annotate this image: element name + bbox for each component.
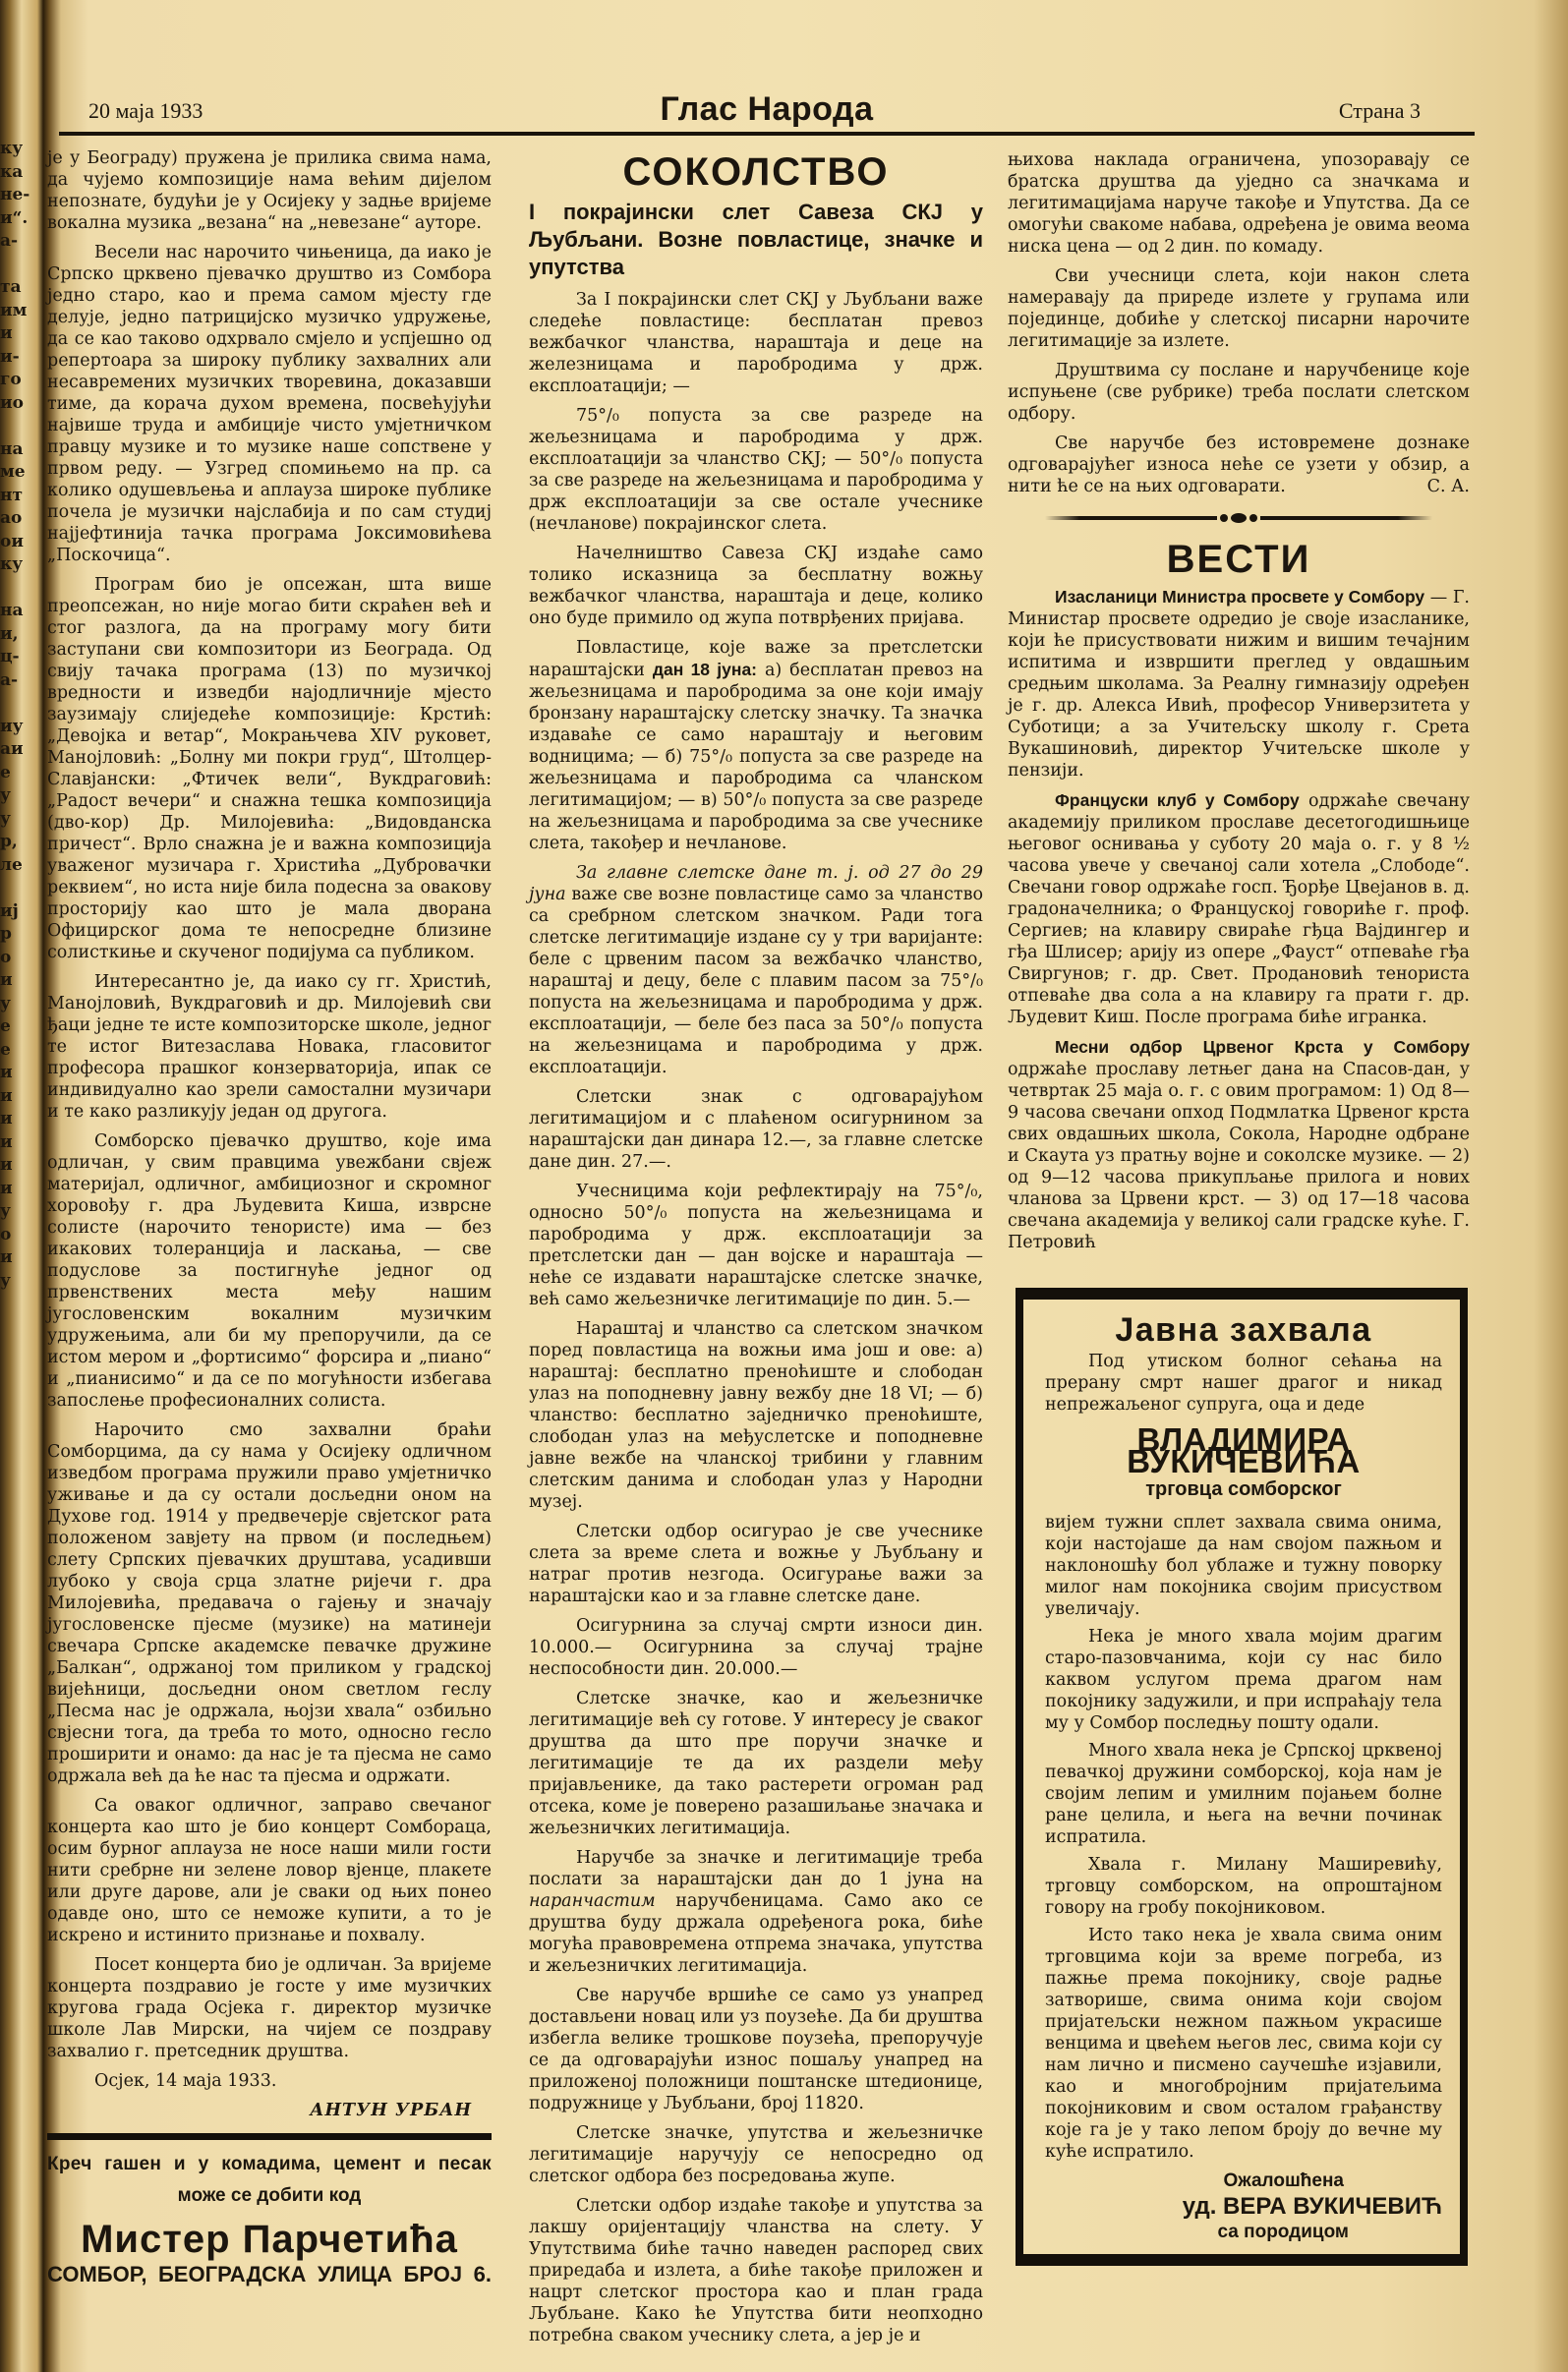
news-text: — Г. Министар просвете одредио је своје …: [1008, 588, 1470, 781]
paragraph: Друштвима су послане и наручбенице које …: [1008, 360, 1470, 425]
article-paragraph: За главне слетске дане т. ј. од 27 до 29…: [529, 862, 983, 1078]
section-title-sokolstvo: СОКОЛСТВО: [529, 149, 983, 195]
paragraph: Нарочито смо захвални браћи Сомборцима, …: [47, 1419, 492, 1787]
paragraph: Слетски одбор осигурао је све учеснике с…: [529, 1521, 983, 1607]
divider-rule: [47, 2133, 492, 2140]
paragraph: Програм био је опсежан, шта више преопсе…: [47, 574, 492, 963]
news-headline: Изасланици Министра просвете у Сомбору: [1055, 587, 1424, 607]
paragraph: Начелништво Савеза СКЈ издаће само толик…: [529, 543, 983, 629]
news-list: Изасланици Министра просвете у Сомбору —…: [1008, 586, 1470, 1253]
paragraph: Све наручбе вршиће се само уз унапред до…: [529, 1985, 983, 2114]
notice-intro: Под утиском болног сећања на прерану смр…: [1045, 1351, 1442, 1416]
deceased-name: ВЛАДИМИРА ВУКИЧЕВИЋА: [1045, 1429, 1442, 1473]
paragraph: Нараштај и чланство са слетском значком …: [529, 1318, 983, 1513]
news-headline: Месни одбор Црвеног Крста у Сомбору: [1055, 1037, 1470, 1057]
paragraph: Хвала г. Милану Маширевићу, трговцу сомб…: [1045, 1854, 1442, 1919]
paragraph: Са овакoг одличног, заправо свечаног кон…: [47, 1795, 492, 1946]
paragraph: Слетски знак с одговарајућом легитимациј…: [529, 1086, 983, 1173]
article-subheading: I покрајински слет Савеза СКЈ у Љубљани.…: [529, 199, 983, 281]
article-body-c: Све наручбе вршиће се само уз унапред до…: [529, 1985, 983, 2346]
column-continuation-and-news: њихова наклада ограничена, упозоравају с…: [1008, 149, 1470, 1261]
ad-line-1: Креч гашен и у комадима, цемент и песак: [47, 2154, 492, 2175]
signature-family: са породицом: [1045, 2222, 1442, 2243]
section-title-news: ВЕСТИ: [1008, 537, 1470, 582]
page-header: 20 маја 1933 Глас Народа Страна 3: [59, 88, 1475, 138]
paragraph: Сомборско пјевачко друштво, које има одл…: [47, 1130, 492, 1412]
paragraph: вијем тужни сплет захвала свима онима, к…: [1045, 1512, 1442, 1620]
ad-business-name: Мистер Парчетића: [47, 2217, 492, 2262]
divider-bar: [1045, 516, 1217, 520]
column-sokolstvo: СОКОЛСТВО I покрајински слет Савеза СКЈ …: [529, 149, 983, 2354]
paragraph: је у Београду) пружена је прилика свима …: [47, 147, 492, 234]
news-item: Месни одбор Црвеног Крста у Сомбору одрж…: [1008, 1036, 1470, 1253]
paragraph: Сви учесници слета, који након слета нам…: [1008, 265, 1470, 352]
paragraph: Осигурнина за случај смрти износи дин. 1…: [529, 1615, 983, 1680]
notice-body: вијем тужни сплет захвала свима онима, к…: [1045, 1512, 1442, 2163]
article-paragraph: Повластице, које важе за претслетски нар…: [529, 637, 983, 854]
text-run: а) бесплатан превоз на жељезницама и пар…: [529, 661, 983, 853]
column-concert-review: је у Београду) пружена је прилика свима …: [47, 147, 492, 2285]
paragraph: 75°/₀ попуста за све разреде на жељезниц…: [529, 405, 983, 535]
article-continuation: њихова наклада ограничена, упозоравају с…: [1008, 149, 1470, 497]
deceased-occupation: трговца сомборског: [1045, 1478, 1442, 1500]
previous-page-edge-text: ку ка не- и“. а- та им и и- го ио на ме …: [0, 138, 39, 1366]
divider-dot: [1249, 514, 1257, 522]
article-paragraph: Наручбе за значке и легитимације треба п…: [529, 1847, 983, 1977]
article-author: АНТУН УРБАН: [47, 2100, 492, 2121]
page-number: Страна 3: [1339, 98, 1421, 124]
signature-name: уд. ВЕРА ВУКИЧЕВИЋ: [1045, 2196, 1442, 2218]
article-dateline: Осјек, 14 маја 1933.: [47, 2070, 492, 2092]
paragraph: Исто тако нека је хвала свима оним тргов…: [1045, 1925, 1442, 2163]
news-item: Француски клуб у Сомбору одржаће свечану…: [1008, 789, 1470, 1028]
article-body-a: За I покрајински слет СКЈ у Љубљани важе…: [529, 289, 983, 629]
paragraph: њихова наклада ограничена, упозоравају с…: [1008, 149, 1470, 258]
public-thanks-notice: Јавна захвала Под утиском болног сећања …: [1016, 1288, 1468, 2266]
ad-line-2: може се добити код: [47, 2185, 492, 2207]
text-run: важе све возне повластице само за чланст…: [529, 885, 983, 1077]
news-text: одржаће прославу летњег дана на Спасов-д…: [1008, 1060, 1470, 1252]
paragraph: Много хвала нека је Српској црквеној пев…: [1045, 1740, 1442, 1848]
paragraph: Слетски одбор издаће такође и упутства з…: [529, 2195, 983, 2346]
divider-dot: [1220, 514, 1228, 522]
article-body-b: Слетски знак с одговарајућом легитимациј…: [529, 1086, 983, 1839]
paragraph: За I покрајински слет СКЈ у Љубљани важе…: [529, 289, 983, 397]
paragraph: Интересантно је, да иако су гг. Христић,…: [47, 971, 492, 1123]
news-item: Изасланици Министра просвете у Сомбору —…: [1008, 586, 1470, 781]
notice-title: Јавна захвала: [1045, 1319, 1442, 1341]
ornamental-divider: [1008, 513, 1470, 523]
divider-oval: [1231, 513, 1247, 523]
advertisement: Креч гашен и у комадима, цемент и песак …: [47, 2154, 492, 2285]
paragraph: Слетске значке, као и жељезничке легитим…: [529, 1688, 983, 1839]
ad-address: СОМБОР, БЕОГРАДСКА УЛИЦА БРОЈ 6.: [47, 2264, 492, 2285]
paragraph: Нека је много хвала мојим драгим старо-п…: [1045, 1626, 1442, 1734]
text-run: Наручбе за значке и легитимације треба п…: [529, 1848, 983, 1889]
signature-label: Ожалошћена: [1045, 2170, 1442, 2192]
divider-bar: [1260, 516, 1432, 520]
masthead-title: Глас Народа: [59, 90, 1475, 129]
emphasis-date: дан 18 јуна:: [653, 660, 757, 679]
paragraph: Весели нас нарочито чињеница, да иако је…: [47, 242, 492, 566]
paragraph: Учесницима који рефлектирају на 75°/₀, о…: [529, 1181, 983, 1310]
emphasis-color: наранчастим: [529, 1891, 656, 1911]
news-headline: Француски клуб у Сомбору: [1055, 790, 1300, 810]
header-rule: [59, 132, 1475, 136]
paragraph: Посет концерта био је одличан. За вријем…: [47, 1954, 492, 2062]
article-body: је у Београду) пружена је прилика свима …: [47, 147, 492, 2062]
news-text: одржаће свечану академију приликом просл…: [1008, 791, 1470, 1027]
paragraph: Слетске значке, упутства и жељезничке ле…: [529, 2122, 983, 2187]
